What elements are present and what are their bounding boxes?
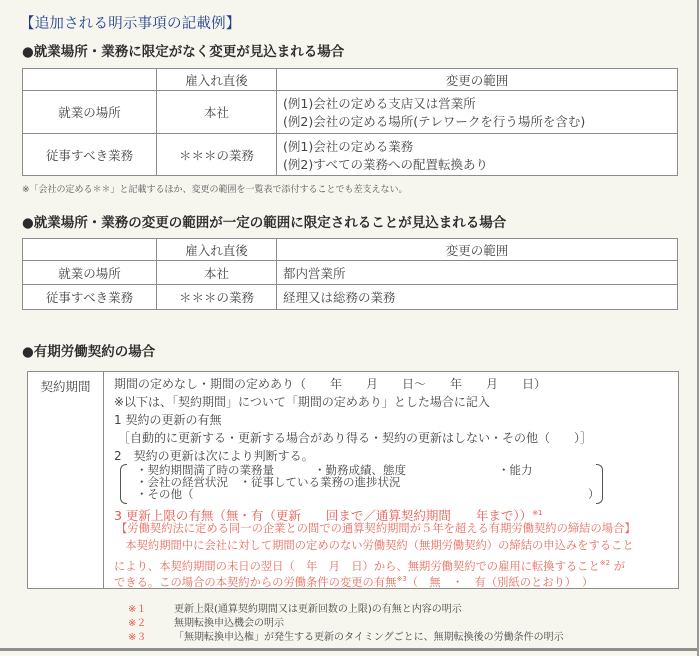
- row-initial: 本社: [157, 261, 277, 285]
- renewal-title: 1 契約の更新の有無: [114, 413, 221, 427]
- section1-note: ※「会社の定める＊＊」と記載するほか、変更の範囲を一覧表で添付することでも差支え…: [22, 182, 408, 195]
- range-example-1: (例1)会社の定める業務: [283, 137, 671, 155]
- criteria-other: ・その他（: [136, 488, 194, 500]
- conversion-line-3: できる。この場合の本契約からの労働条件の変更の有無※3（ 無 ・ 有（別紙のとお…: [114, 572, 593, 590]
- table-row: 従事すべき業務 ＊＊＊の業務 経理又は総務の業務: [23, 285, 678, 310]
- footnote-ref-3: ※3: [396, 575, 406, 583]
- range-example-1: (例1)会社の定める支店又は営業所: [283, 94, 671, 112]
- header-cell-initial: 雇入れ直後: [157, 69, 277, 91]
- contract-period-box: 契約期間 期間の定めなし・期間の定めあり（ 年 月 日～ 年 月 日） ※以下は…: [27, 371, 679, 589]
- conversion-line-2-end: が: [610, 560, 625, 573]
- row-initial: ＊＊＊の業務: [157, 134, 277, 176]
- renewal-limit-text: 3 更新上限の有無（無・有（更新 回まで／通算契約期間 年まで））: [114, 508, 532, 523]
- footnote-mark: ※３: [128, 628, 174, 643]
- range-example-2: (例2)会社の定める場所(テレワークを行う場所を含む): [283, 112, 671, 130]
- conversion-line-3-end: （ 無 ・ 有（別紙のとおり） ）: [407, 576, 593, 589]
- header-cell-range: 変更の範囲: [277, 239, 678, 261]
- footnote-item: ※３「無期転換申込権」が発生する更新のタイミングごとに、無期転換後の労働条件の明…: [128, 628, 564, 642]
- row-label: 従事すべき業務: [23, 285, 157, 310]
- conversion-line-2-text: により、本契約期間の末日の翌日（ 年 月 日）から、無期労働契約での雇用に転換す…: [114, 560, 600, 573]
- header-cell-range: 変更の範囲: [277, 69, 678, 91]
- row-label: 就業の場所: [23, 261, 157, 285]
- conversion-heading: 【労働契約法に定める同一の企業との間での通算契約期間が５年を超える有期労働契約の…: [116, 522, 636, 536]
- bottom-divider: [0, 648, 697, 651]
- footnote-item: ※２無期転換申込機会の明示: [128, 614, 564, 628]
- row-label: 従事すべき業務: [23, 134, 157, 176]
- renewal-options: ［自動的に更新する・更新する場合があり得る・契約の更新はしない・その他（ ）］: [118, 431, 592, 445]
- table-row: 就業の場所 本社 (例1)会社の定める支店又は営業所 (例2)会社の定める場所(…: [23, 91, 678, 134]
- table-header-row: 雇入れ直後 変更の範囲: [23, 69, 678, 91]
- left-bracket: [120, 464, 127, 504]
- renewal-criteria-title: 2 契約の更新は次により判断する。: [114, 449, 314, 463]
- footnote-ref-1: ※1: [532, 509, 542, 517]
- table-row: 従事すべき業務 ＊＊＊の業務 (例1)会社の定める業務 (例2)すべての業務への…: [23, 134, 678, 176]
- footnote-mark: ※１: [128, 600, 174, 615]
- header-cell-empty: [23, 69, 157, 91]
- row-range: (例1)会社の定める支店又は営業所 (例2)会社の定める場所(テレワークを行う場…: [277, 91, 678, 134]
- section1-table: 雇入れ直後 変更の範囲 就業の場所 本社 (例1)会社の定める支店又は営業所 (…: [22, 68, 678, 176]
- header-cell-empty: [23, 239, 157, 261]
- table-header-row: 雇入れ直後 変更の範囲: [23, 239, 678, 261]
- period-note: ※以下は、「契約期間」について「期間の定めあり」とした場合に記入: [114, 395, 490, 409]
- section1-heading: ●就業場所・業務に限定がなく変更が見込まれる場合: [22, 40, 344, 60]
- row-initial: ＊＊＊の業務: [157, 285, 277, 310]
- criteria-ability: ・能力: [498, 464, 533, 476]
- right-bracket: [596, 464, 603, 504]
- section2-table: 雇入れ直後 変更の範囲 就業の場所 本社 都内営業所 従事すべき業務 ＊＊＊の業…: [22, 238, 678, 310]
- conversion-line-3-text: できる。この場合の本契約からの労働条件の変更の有無: [114, 576, 396, 589]
- table-row: 就業の場所 本社 都内営業所: [23, 261, 678, 285]
- row-range: 経理又は総務の業務: [277, 285, 678, 310]
- document-page: 【追加される明示事項の記載例】 ●就業場所・業務に限定がなく変更が見込まれる場合…: [0, 0, 699, 656]
- header-cell-initial: 雇入れ直後: [157, 239, 277, 261]
- footnote-ref-2: ※2: [600, 559, 610, 567]
- section3-heading: ●有期労働契約の場合: [22, 340, 155, 360]
- footnote-item: ※１更新上限(通算契約期間又は更新回数の上限)の有無と内容の明示: [128, 600, 564, 614]
- row-range: (例1)会社の定める業務 (例2)すべての業務への配置転換あり: [277, 134, 678, 176]
- row-range: 都内営業所: [277, 261, 678, 285]
- section2-heading: ●就業場所・業務の変更の範囲が一定の範囲に限定されることが見込まれる場合: [22, 211, 506, 231]
- period-line: 期間の定めなし・期間の定めあり（ 年 月 日～ 年 月 日）: [114, 377, 546, 391]
- conversion-line-1: 本契約期間中に会社に対して期間の定めのない労働契約（無期労働契約）の締結の申込み…: [114, 539, 634, 553]
- footnote-mark: ※２: [128, 614, 174, 629]
- footnote-text: 「無期転換申込権」が発生する更新のタイミングごとに、無期転換後の労働条件の明示: [174, 632, 564, 643]
- renewal-limit: 3 更新上限の有無（無・有（更新 回まで／通算契約期間 年まで））※1: [114, 506, 543, 523]
- footnotes: ※１更新上限(通算契約期間又は更新回数の上限)の有無と内容の明示 ※２無期転換申…: [128, 600, 564, 642]
- page-title: 【追加される明示事項の記載例】: [20, 12, 241, 33]
- range-example-2: (例2)すべての業務への配置転換あり: [283, 155, 671, 173]
- contract-period-label: 契約期間: [28, 372, 104, 588]
- row-label: 就業の場所: [23, 91, 157, 134]
- row-initial: 本社: [157, 91, 277, 134]
